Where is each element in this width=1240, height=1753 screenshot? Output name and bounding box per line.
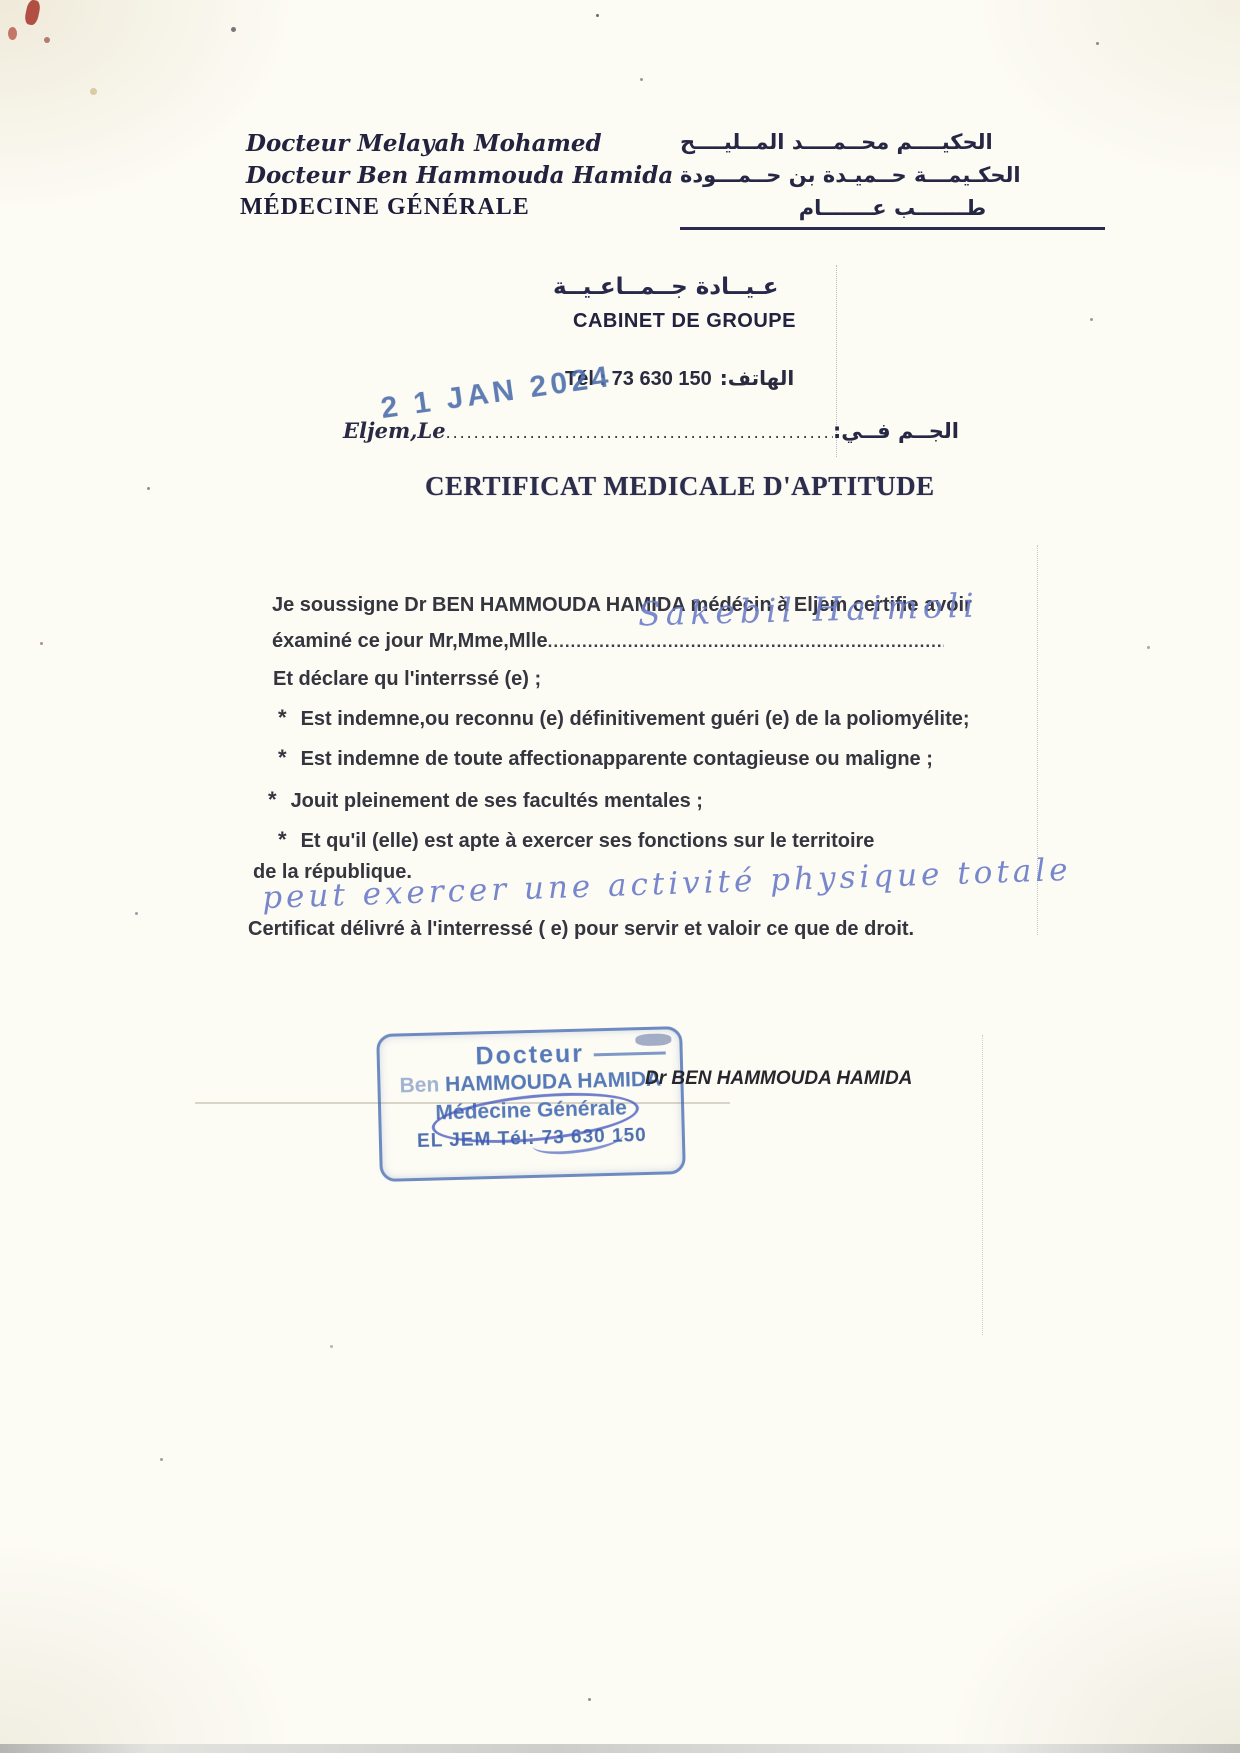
- red-ink-mark-icon: [44, 37, 50, 43]
- date-stamp: 2 1 JAN 2024: [379, 360, 615, 426]
- letterhead-arabic: الحكيــــم محــمــــد المــليــــح الحكـ…: [680, 126, 1105, 230]
- stamp-name-main: HAMMOUDA HAMIDA: [445, 1068, 662, 1097]
- patient-name-handwritten: Sakebil Haimoli: [638, 586, 980, 634]
- asterisk-bullet-icon: *: [278, 830, 287, 853]
- item-text: Est indemne de toute affectionapparente …: [301, 748, 933, 771]
- doctor-printed-name: Dr BEN HAMMOUDA HAMIDA: [645, 1068, 912, 1090]
- clinic-name-french: CABINET DE GROUPE: [573, 310, 796, 333]
- doctor-rubber-stamp: Docteur Ben HAMMOUDA HAMIDA Médecine Gén…: [376, 1026, 686, 1182]
- scan-noise-dots: [0, 0, 3, 3]
- clinic-name-arabic: عـيــادة جــمــاعـيــة: [553, 274, 778, 300]
- doctor-name-2-arabic: الحكـيمـــة حــميـدة بن حــمـــودة: [680, 159, 1021, 192]
- certificate-item: * Jouit pleinement de ses facultés menta…: [268, 790, 703, 813]
- intro-line-2: éxaminé ce jour Mr,Mme,Mlle ............…: [272, 630, 944, 653]
- phone-label-arabic: الهاتف:: [720, 366, 794, 390]
- item-text: Est indemne,ou reconnu (e) définitivemen…: [301, 708, 970, 731]
- red-ink-mark-icon: [24, 0, 42, 26]
- letterhead-french: Docteur Melayah Mohamed Docteur Ben Hamm…: [246, 128, 673, 221]
- certificate-item: * Est indemne,ou reconnu (e) définitivem…: [278, 708, 970, 731]
- place-label: Eljem,Le: [343, 418, 446, 443]
- closing-line: Certificat délivré à l'interressé ( e) p…: [248, 918, 914, 941]
- place-date-line: Eljem,Le ...............................…: [343, 418, 959, 443]
- asterisk-bullet-icon: *: [278, 748, 287, 771]
- dotted-line: ........................................…: [548, 632, 944, 652]
- place-label-arabic: الجــم فــي:: [833, 419, 959, 443]
- certificate-title: CERTIFICAT MEDICALE D'APTITUDE: [425, 471, 935, 502]
- item-text: Jouit pleinement de ses facultés mentale…: [291, 790, 703, 813]
- fold-line: [982, 1035, 983, 1335]
- asterisk-bullet-icon: *: [268, 790, 277, 813]
- stamp-name-prefix: Ben: [399, 1073, 439, 1097]
- asterisk-bullet-icon: *: [278, 708, 287, 731]
- specialty-arabic: طـــــــب عـــــــام: [680, 192, 1105, 230]
- certificate-item: * Et qu'il (elle) est apte à exercer ses…: [278, 830, 874, 853]
- item-text: Et qu'il (elle) est apte à exercer ses f…: [301, 830, 875, 853]
- specialty-label: MÉDECINE GÉNÉRALE: [240, 194, 673, 221]
- doctor-name-1: Docteur Melayah Mohamed: [246, 128, 673, 160]
- doctor-name-2: Docteur Ben Hammouda Hamida: [246, 160, 673, 192]
- intro-line-2-text: éxaminé ce jour Mr,Mme,Mlle: [272, 630, 548, 653]
- certificate-item: * Est indemne de toute affectionapparent…: [278, 748, 933, 771]
- declaration-line: Et déclare qu l'interrssé (e) ;: [273, 668, 541, 691]
- red-ink-mark-icon: [8, 27, 17, 40]
- ink-blot-icon: [635, 1033, 671, 1046]
- scanner-edge-shadow: [0, 1744, 1240, 1753]
- scanned-medical-certificate: Docteur Melayah Mohamed Docteur Ben Hamm…: [0, 0, 1240, 1753]
- dotted-line: ........................................…: [446, 422, 833, 443]
- doctor-name-1-arabic: الحكيــــم محــمــــد المــليــــح: [680, 126, 993, 159]
